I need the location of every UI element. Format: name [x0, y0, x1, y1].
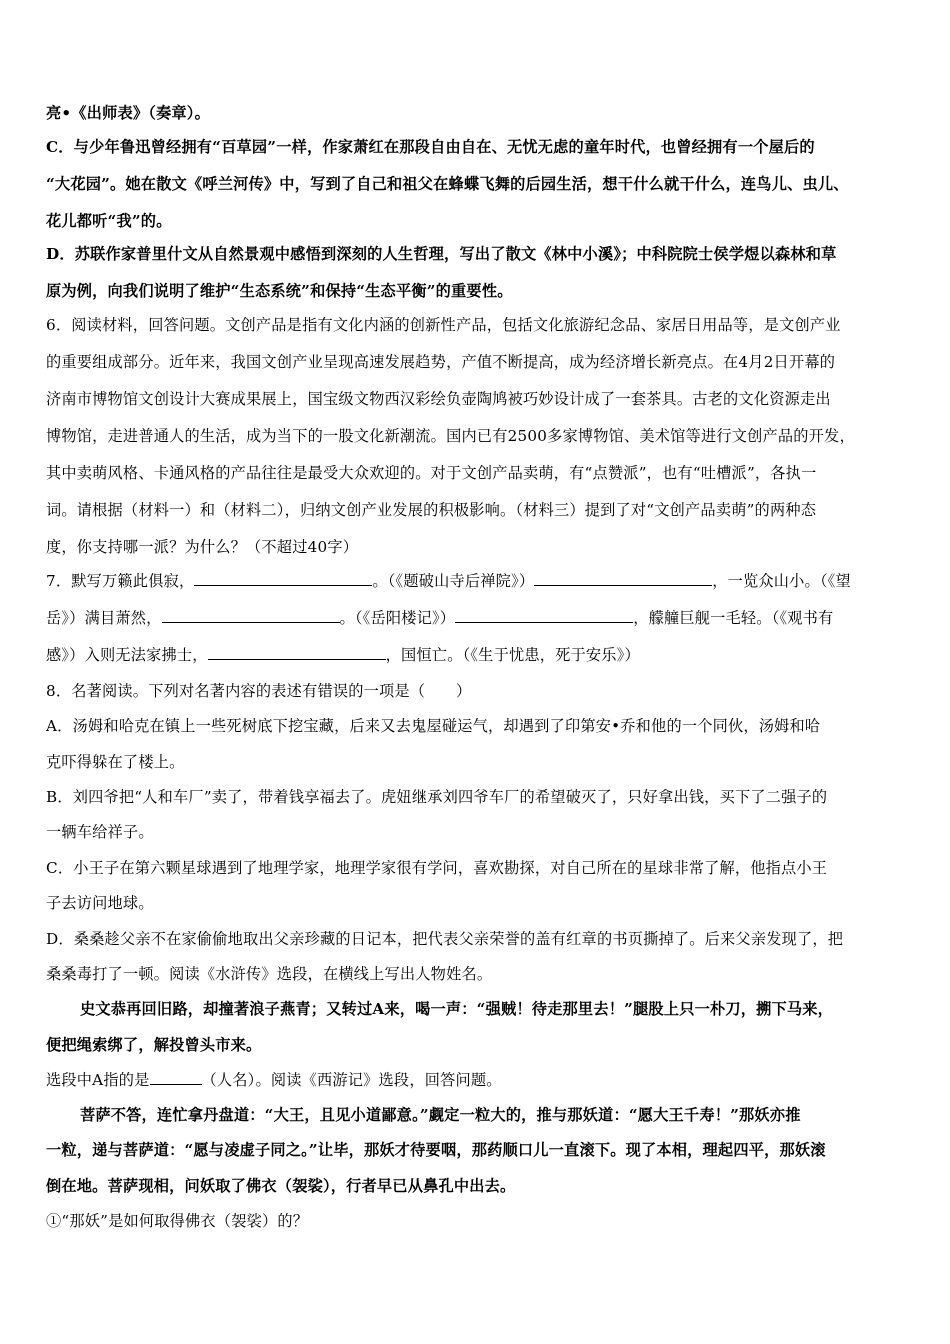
question-text: 。（《岳阳楼记》）: [340, 609, 456, 627]
option-text-line: “大花园”。她在散文《呼兰河传》中，写到了自己和祖父在蜂蝶飞舞的后园生活，想干什…: [46, 174, 849, 194]
document-page: 亮•《出师表》（奏章）。C．与少年鲁迅曾经拥有“百草园”一样，作家萧红在那段自由…: [0, 0, 950, 1344]
xiyou-excerpt-line: 一粒，递与菩萨道：“愿与凌虚子同之。”让毕，那妖才待要咽，那药顺口儿一直滚下。现…: [46, 1140, 826, 1160]
question-8-option-line: 桑桑毒打了一顿。阅读《水浒传》选段，在横线上写出人物姓名。: [46, 964, 492, 984]
answer-blank[interactable]: [194, 571, 372, 586]
option-text-line: 原为例，向我们说明了维护“生态系统”和保持“生态平衡”的重要性。: [46, 281, 513, 301]
question-8-option-line: 一辆车给祥子。: [46, 822, 154, 842]
option-text-line: C．与少年鲁迅曾经拥有“百草园”一样，作家萧红在那段自由自在、无忧无虑的童年时代…: [46, 137, 815, 157]
question-text: 感》）入则无法家拂士，: [46, 646, 208, 664]
question-6-line: 度，你支持哪一派？为什么？（不超过40字）: [46, 537, 358, 557]
option-text-line: 花儿都听“我”的。: [46, 211, 172, 231]
question-text: 岳》）满目萧然，: [46, 609, 162, 627]
question-text: ，国恒亡。（《生于忧患，死于安乐》）: [386, 646, 640, 664]
question-7-line: 岳》）满目萧然，。（《岳阳楼记》），艨艟巨舰一毛轻。（《观书有: [46, 608, 833, 628]
question-text: ，艨艟巨舰一毛轻。（《观书有: [633, 609, 833, 627]
question-8-option-line: 子去访问地球。: [46, 893, 154, 913]
question-8-stem: 8．名著阅读。下列对名著内容的表述有错误的一项是（ ）: [46, 681, 471, 701]
question-8-option-line: C．小王子在第六颗星球遇到了地理学家，地理学家很有学问，喜欢勘探，对自己所在的星…: [46, 858, 827, 878]
shuihu-excerpt-line: 史文恭再回旧路，却撞著浪子燕青；又转过A来，喝一声：“强贼！待走那里去！”腿股上…: [80, 999, 833, 1019]
xiyou-excerpt-line: 菩萨不答，连忙拿丹盘道：“大王，且见小道鄙意。”觑定一粒大的，推与那妖道：“愿大…: [80, 1105, 801, 1125]
option-text-line: D．苏联作家普里什文从自然景观中感悟到深刻的人生哲理，写出了散文《林中小溪》；中…: [46, 244, 837, 264]
question-8-option-line: B．刘四爷把“人和车厂”卖了，带着钱享福去了。虎妞继承刘四爷车厂的希望破灭了，只…: [46, 787, 827, 807]
question-7-line: 7．默写万籁此俱寂，。（《题破山寺后禅院》），一览众山小。（《望: [46, 571, 851, 591]
prompt-text: （人名）。阅读《西游记》选段，回答问题。: [202, 1071, 502, 1089]
option-text-line: 亮•《出师表》（奏章）。: [46, 103, 210, 123]
prompt-text: 选段中A指的是: [46, 1071, 150, 1089]
answer-blank[interactable]: [162, 608, 340, 623]
question-8-option-line: A．汤姆和哈克在镇上一些死树底下挖宝藏，后来又去鬼屋碰运气，却遇到了印第安•乔和…: [46, 716, 820, 736]
question-6-line: 济南市博物馆文创设计大赛成果展上，国宝级文物西汉彩绘负壶陶鸠被巧妙设计成了一套茶…: [46, 389, 831, 409]
question-text: 7．默写万籁此俱寂，: [46, 572, 194, 590]
question-text: ，一览众山小。（《望: [712, 572, 851, 590]
question-text: 。（《题破山寺后禅院》）: [372, 572, 534, 590]
question-8-option-line: 克吓得躲在了楼上。: [46, 752, 185, 772]
answer-blank[interactable]: [150, 1070, 202, 1085]
question-6-line: 6．阅读材料，回答问题。文创产品是指有文化内涵的创新性产品，包括文化旅游纪念品、…: [46, 315, 841, 335]
question-6-line: 的重要组成部分。近年来，我国文创产业呈现高速发展趋势，产值不断提高，成为经济增长…: [46, 352, 835, 372]
question-6-line: 其中卖萌风格、卡通风格的产品往往是最受大众欢迎的。对于文创产品卖萌，有“点赞派”…: [46, 463, 816, 483]
question-6-line: 词。请根据（材料一）和（材料二），归纳文创产业发展的积极影响。（材料三）提到了对…: [46, 500, 816, 520]
answer-blank[interactable]: [455, 608, 633, 623]
question-8-option-line: D．桑桑趁父亲不在家偷偷地取出父亲珍藏的日记本，把代表父亲荣誉的盖有红章的书页撕…: [46, 929, 843, 949]
answer-blank[interactable]: [208, 645, 386, 660]
xiyou-excerpt-line: 倒在地。菩萨现相，问妖取了佛衣（袈裟），行者早已从鼻孔中出去。: [46, 1176, 515, 1196]
shuihu-excerpt-line: 便把绳索绑了，解投曾头市来。: [46, 1035, 261, 1055]
question-6-line: 博物馆，走进普通人的生活，成为当下的一股文化新潮流。国内已有2500多家博物馆、…: [46, 426, 855, 446]
sub-question: ①“那妖”是如何取得佛衣（袈裟）的？: [46, 1211, 308, 1231]
answer-blank[interactable]: [534, 571, 712, 586]
shuihu-prompt: 选段中A指的是（人名）。阅读《西游记》选段，回答问题。: [46, 1070, 502, 1090]
question-7-line: 感》）入则无法家拂士，，国恒亡。（《生于忧患，死于安乐》）: [46, 645, 640, 665]
